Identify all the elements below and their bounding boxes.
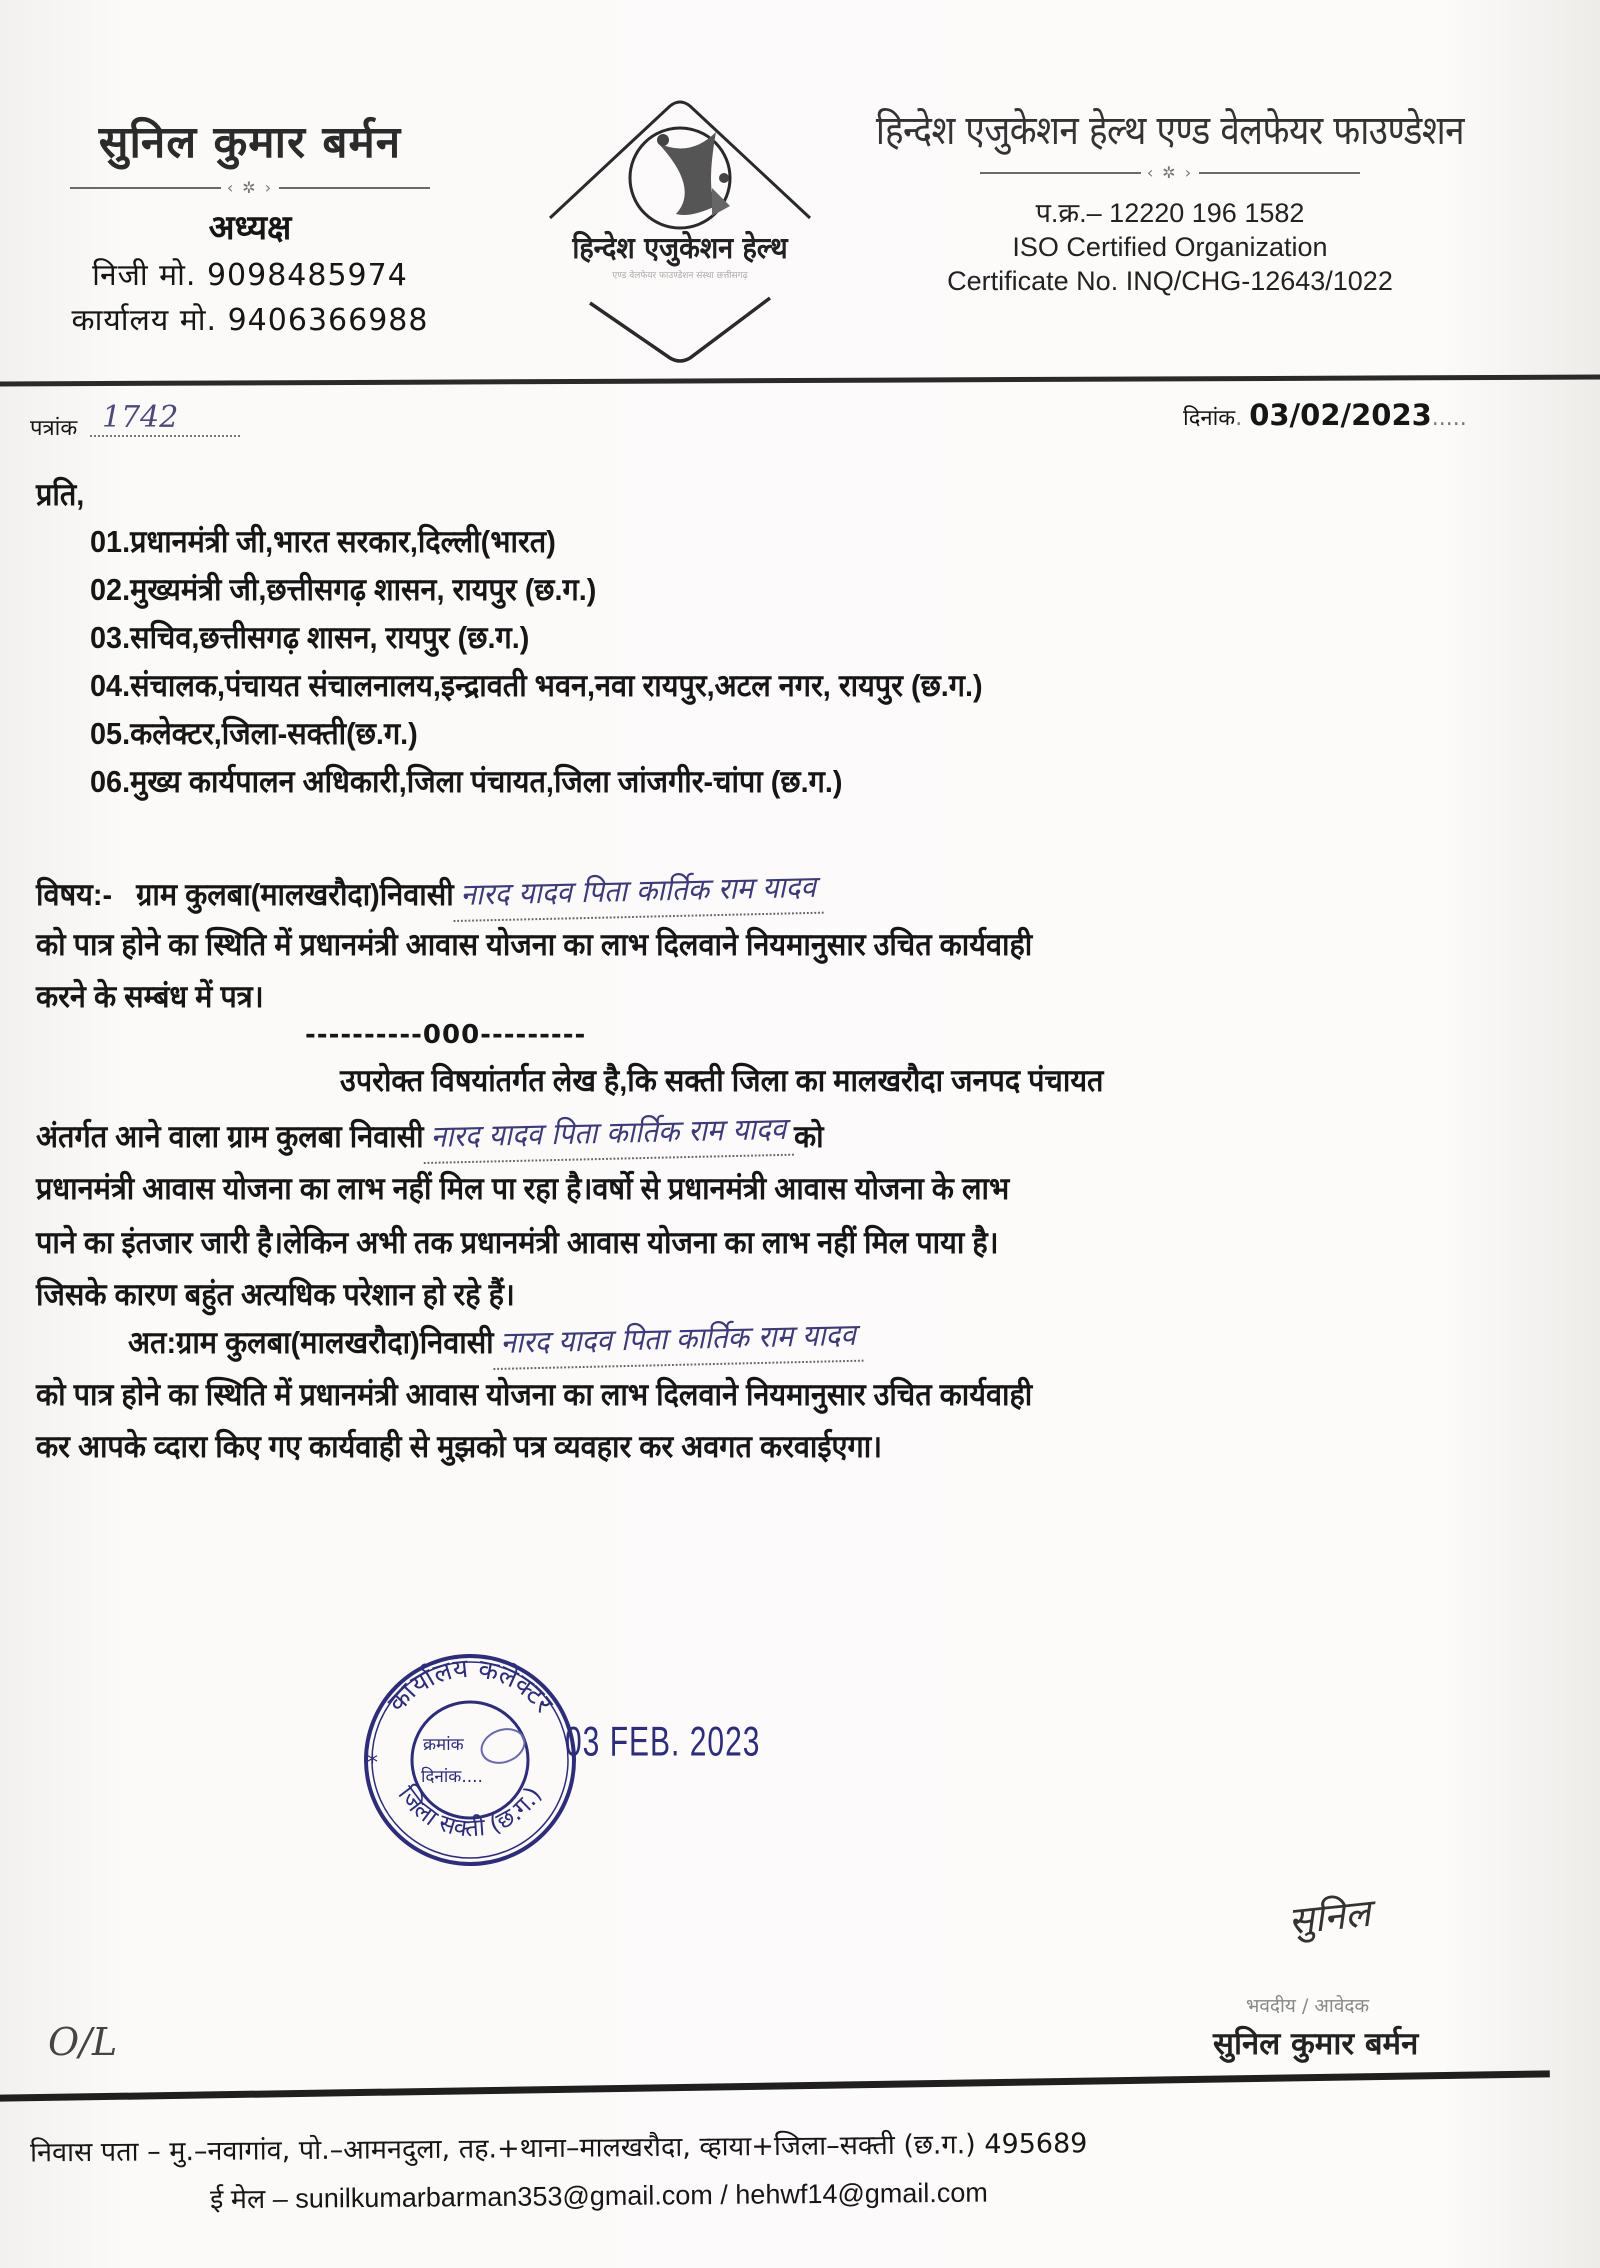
sender-name-heading: सुनिल कुमार बर्मन — [30, 110, 470, 170]
handwritten-beneficiary-name: नारद यादव पिता कार्तिक राम यादव — [423, 1105, 794, 1164]
recipient-list: 01.प्रधानमंत्री जी,भारत सरकार,दिल्ली(भार… — [90, 518, 1490, 806]
recipient-item: 06.मुख्य कार्यपालन अधिकारी,जिला पंचायत,ज… — [90, 758, 1392, 806]
flourish-icon: ‹ ✲ › — [227, 178, 273, 197]
subject-line: करने के सम्बंध में पत्र। — [36, 972, 1357, 1021]
subject-label: विषय:- — [36, 877, 112, 912]
recipient-item: 01.प्रधानमंत्री जी,भारत सरकार,दिल्ली(भार… — [90, 518, 1392, 566]
body-line: को पात्र होने का स्थिति में प्रधानमंत्री… — [36, 1370, 1357, 1419]
ornament-divider: ‹ ✲ › — [980, 163, 1360, 182]
body-line: पाने का इंतजार जारी है।लेकिन अभी तक प्रध… — [36, 1218, 1357, 1267]
logo-text: हिन्देश एजुकेशन हेल्थ — [480, 226, 880, 267]
reference-number: 1742 — [90, 400, 240, 437]
body-line: अत:ग्राम कुलबा(मालखरौदा)निवासीनारद यादव … — [128, 1318, 1449, 1370]
recipient-item: 03.सचिव,छत्तीसगढ़ शासन, रायपुर (छ.ग.) — [90, 614, 1392, 662]
signature-role: भवदीय / आवेदक — [1246, 1992, 1369, 2018]
letter-page: सुनिल कुमार बर्मन ‹ ✲ › अध्यक्ष निजी मो.… — [0, 0, 1600, 2268]
email-addresses[interactable]: sunilkumarbarman353@gmail.com / hehwf14@… — [295, 2178, 988, 2214]
body-line: प्रधानमंत्री आवास योजना का लाभ नहीं मिल … — [36, 1164, 1357, 1213]
body-line: जिसके कारण बहुंत अत्यधिक परेशान हो रहे ह… — [36, 1270, 1357, 1319]
certificate-number: Certificate No. INQ/CHG-12643/1022 — [840, 264, 1500, 298]
svg-text:दिनांक....: दिनांक.... — [421, 1766, 483, 1787]
footer-email: ई मेल – sunilkumarbarman353@gmail.com / … — [210, 2173, 988, 2217]
registration-number: प.क्र.– 12220 196 1582 — [840, 196, 1500, 230]
handwritten-signature: सुनिल — [1286, 1886, 1373, 1946]
iso-certification: ISO Certified Organization — [840, 230, 1500, 264]
recipient-item: 05.कलेक्टर,जिला-सक्ती(छ.ग.) — [90, 710, 1392, 758]
handwritten-beneficiary-name: नारद यादव पिता कार्तिक राम यादव — [453, 863, 824, 922]
svg-text:कार्यालय कलेक्टर: कार्यालय कलेक्टर — [382, 1654, 559, 1720]
stamp-received-date: 03 FEB. 2023 — [565, 1719, 760, 1767]
flourish-icon: ‹ ✲ › — [1147, 163, 1193, 182]
signatory-name: सुनिल कुमार बर्मन — [1213, 2022, 1418, 2064]
subject-line: विषय:- ग्राम कुलबा(मालखरौदा)निवासीनारद य… — [36, 870, 1357, 922]
footer-address: निवास पता – मु.–नवागांव, पो.–आमनदुला, तह… — [30, 2120, 1510, 2170]
body-line: कर आपके व्दारा किए गए कार्यवाही से मुझको… — [36, 1422, 1357, 1471]
collector-office-received-stamp: कार्यालय कलेक्टर जिला सक्ती (छ.ग.) * क्र… — [345, 1642, 595, 1872]
svg-text:क्रमांक: क्रमांक — [423, 1735, 465, 1755]
round-seal-icon: कार्यालय कलेक्टर जिला सक्ती (छ.ग.) * क्र… — [345, 1642, 595, 1872]
salutation: प्रति, — [36, 470, 1357, 520]
personal-phone: निजी मो. 9098485974 — [30, 253, 470, 294]
letter-date: दिनांक. 03/02/2023..... — [1183, 398, 1467, 432]
letterhead-left: सुनिल कुमार बर्मन ‹ ✲ › अध्यक्ष निजी मो.… — [30, 110, 470, 339]
reference-label: पत्रांक — [30, 412, 77, 442]
organization-logo: हिन्देश एजुकेशन हेल्थ एण्ड वेलफेयर फाउण्… — [480, 88, 880, 378]
logo-subtext: एण्ड वेलफेयर फाउण्डेशन संस्था छत्तीसगढ़ — [560, 271, 800, 282]
organization-name: हिन्देश एजुकेशन हेल्थ एण्ड वेलफेयर फाउण्… — [840, 102, 1500, 156]
svg-text:जिला सक्ती (छ.ग.): जिला सक्ती (छ.ग.) — [393, 1781, 548, 1843]
handwritten-beneficiary-name: नारद यादव पिता कार्तिक राम यादव — [493, 1311, 864, 1370]
ornament-divider: ‹ ✲ › — [70, 178, 430, 197]
designation: अध्यक्ष — [30, 203, 470, 249]
office-phone: कार्यालय मो. 9406366988 — [30, 298, 470, 339]
body-line: उपरोक्त विषयांतर्गत लेख है,कि सक्ती जिला… — [340, 1056, 1600, 1105]
subject-line: को पात्र होने का स्थिति में प्रधानमंत्री… — [36, 920, 1357, 969]
section-divider: ----------000--------- — [305, 1020, 586, 1050]
margin-note: O/L — [48, 2020, 117, 2064]
body-line: अंतर्गत आने वाला ग्राम कुलबा निवासीनारद … — [36, 1112, 1357, 1164]
recipient-item: 02.मुख्यमंत्री जी,छत्तीसगढ़ शासन, रायपुर… — [90, 566, 1392, 614]
recipient-item: 04.संचालक,पंचायत संचालनालय,इन्द्रावती भव… — [90, 662, 1392, 710]
letterhead-right: हिन्देश एजुकेशन हेल्थ एण्ड वेलफेयर फाउण्… — [840, 106, 1500, 298]
footer-rule — [0, 2070, 1550, 2102]
svg-text:*: * — [367, 1751, 378, 1776]
